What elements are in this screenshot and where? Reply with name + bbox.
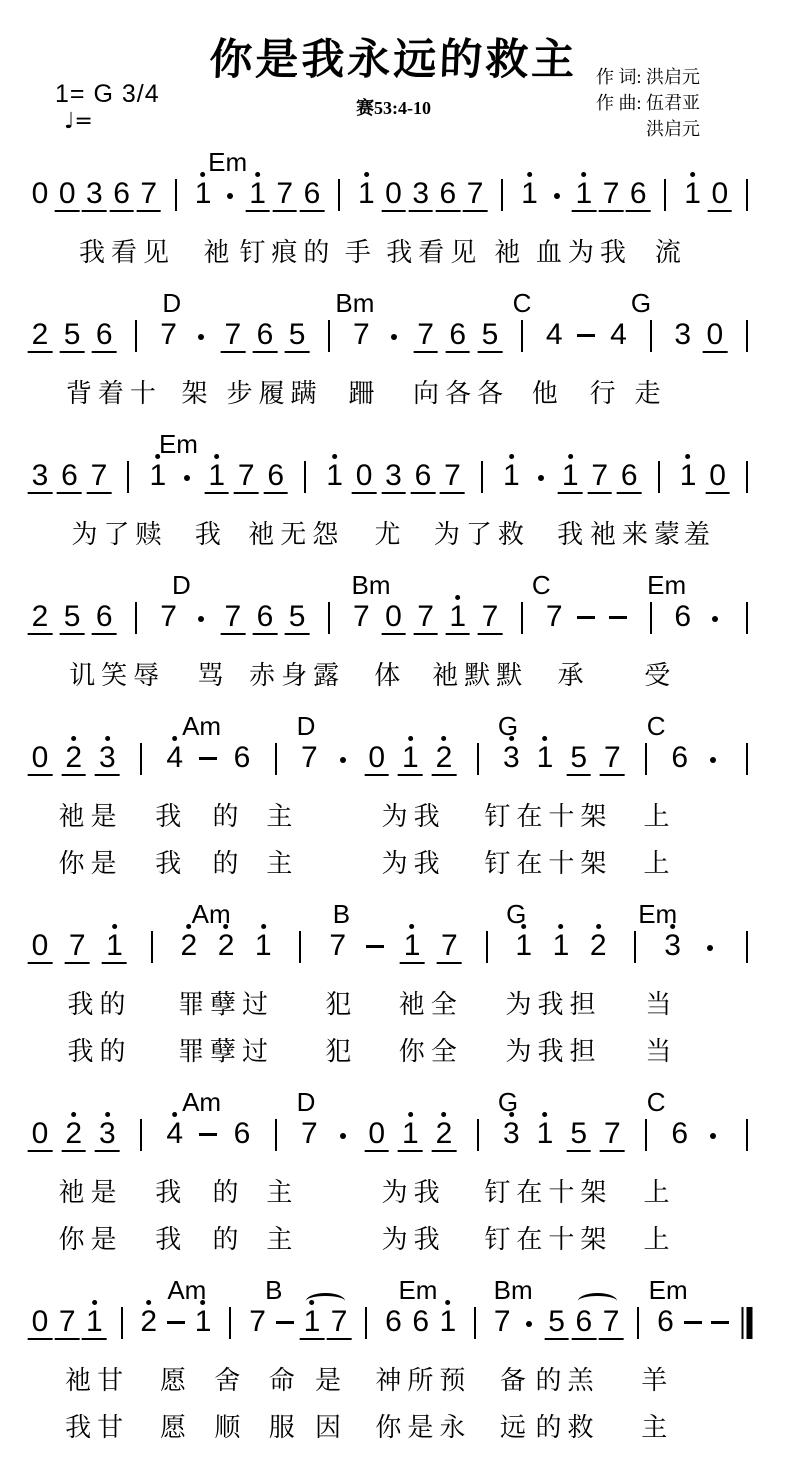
barline [121, 1307, 123, 1339]
lyric-group: 钉在十架 [484, 1219, 612, 1256]
lyric-group: 罪孽过 [178, 984, 274, 1021]
note-token: 0 [32, 930, 49, 962]
note-token: 7 [467, 178, 484, 210]
dash-note [199, 1133, 217, 1136]
lyric-row-1: 祂甘愿舍命是神所预备的羔羊 [40, 1350, 747, 1397]
note-token: 6 [257, 601, 274, 633]
lyric-group: 上 [643, 843, 675, 880]
note-token: 2 [65, 1118, 82, 1150]
note-token: 6 [234, 1118, 251, 1150]
note-token: 1 [521, 178, 538, 210]
barline [135, 602, 137, 634]
lyric-group: 我 [155, 1219, 187, 1256]
chord-label: Bm [494, 1275, 533, 1306]
barline [474, 1307, 476, 1339]
lyric-group: 祂全 [399, 984, 463, 1021]
note-token: 5 [482, 319, 499, 351]
barline [477, 1119, 479, 1151]
barline [140, 1119, 142, 1151]
lyric-group: 钉在十架 [484, 796, 612, 833]
note-token: 6 [234, 742, 251, 774]
barline [521, 602, 523, 634]
lyric-group: 的羔 [536, 1360, 600, 1397]
note-token: 2 [180, 930, 197, 962]
systems: Em00367117610367117610我看见祂钉痕的手我看见祂血为我流DB… [40, 148, 747, 1464]
barline [645, 743, 647, 775]
lyric-group: 神所预 [375, 1360, 471, 1397]
note-token: 7 [441, 930, 458, 962]
note-token: 1 [537, 1118, 554, 1150]
lyric-group: 顺 [214, 1407, 246, 1444]
barline [746, 931, 748, 963]
chord-label: C [647, 711, 666, 742]
lyric-group: 当 [645, 984, 677, 1021]
tie-arc [306, 1293, 345, 1309]
lyric-row-1: 为了赎我祂无怨尤为了救我祂来蒙羞 [40, 504, 747, 551]
lyric-group: 我 [155, 843, 187, 880]
lyric-group: 祂无怨 [248, 514, 344, 551]
note-token: 1 [86, 1306, 103, 1338]
lyric-group: 为我担 [505, 984, 601, 1021]
barline [151, 931, 153, 963]
augmentation-dot [340, 1133, 346, 1139]
note-token: 7 [353, 601, 370, 633]
note-token: 7 [224, 601, 241, 633]
augmentation-dot [554, 193, 560, 199]
lyric-group: 向各各 [413, 373, 509, 410]
lyric-group: 羞 [684, 514, 716, 551]
note-token: 6 [304, 178, 321, 210]
note-token: 1 [680, 460, 697, 492]
note-token: 0 [707, 319, 724, 351]
lyric-group: 的 [213, 1172, 245, 1209]
music-system-1: Em00367117610367117610我看见祂钉痕的手我看见祂血为我流 [40, 148, 747, 269]
lyric-group: 尤 [375, 514, 407, 551]
note-token: 3 [32, 460, 49, 492]
note-token: 7 [160, 601, 177, 633]
dash-note [276, 1321, 294, 1324]
note-token: 2 [65, 742, 82, 774]
note-token: 2 [436, 1118, 453, 1150]
chord-label: D [172, 570, 191, 601]
dash-note [167, 1321, 185, 1324]
note-token: 6 [576, 1306, 593, 1338]
chord-label: Em [647, 570, 686, 601]
lyric-row-2: 我甘愿顺服因你是永远的救主 [40, 1397, 747, 1444]
note-token: 1 [208, 460, 225, 492]
note-token: 0 [709, 460, 726, 492]
note-token: 6 [96, 319, 113, 351]
note-token: 7 [417, 319, 434, 351]
chord-label: B [333, 899, 350, 930]
lyric-group: 愿 [160, 1360, 192, 1397]
music-system-8: AmBEmBmEm0712171766175676祂甘愿舍命是神所预备的羔羊我甘… [40, 1276, 747, 1444]
note-token: 1 [503, 460, 520, 492]
note-token: 1 [449, 601, 466, 633]
note-token: 6 [61, 460, 78, 492]
barline [328, 320, 330, 352]
note-token: 6 [412, 1306, 429, 1338]
note-token: 7 [224, 319, 241, 351]
barline [664, 179, 666, 211]
barline [175, 179, 177, 211]
note-token: 0 [385, 178, 402, 210]
note-token: 2 [436, 742, 453, 774]
lyric-group: 上 [643, 796, 675, 833]
note-token: 7 [301, 742, 318, 774]
chord-label: B [265, 1275, 282, 1306]
barline [328, 602, 330, 634]
lyric-group: 为了救 [434, 514, 530, 551]
note-token: 7 [604, 742, 621, 774]
note-token: 6 [385, 1306, 402, 1338]
lyric-group: 主 [266, 843, 298, 880]
note-token: 3 [99, 1118, 116, 1150]
lyric-group: 愿 [160, 1407, 192, 1444]
note-token: 4 [546, 319, 563, 351]
barline [481, 461, 483, 493]
chord-row: DBmCEm [40, 571, 747, 601]
lyric-group: 你是 [58, 843, 122, 880]
note-token: 7 [494, 1306, 511, 1338]
lyric-group: 祂默默 [432, 655, 528, 692]
lyric-group: 体 [374, 655, 406, 692]
barline [746, 602, 748, 634]
augmentation-dot [184, 475, 190, 481]
barline [650, 320, 652, 352]
notes-row: 256776577654430 [40, 319, 747, 363]
dash-note [577, 616, 595, 619]
lyric-group: 血为我 [536, 232, 632, 269]
note-token: 7 [444, 460, 461, 492]
lyric-group: 为我 [382, 796, 446, 833]
note-token: 7 [238, 460, 255, 492]
augmentation-dot [198, 334, 204, 340]
final-barline [742, 1307, 753, 1339]
lyric-group: 我看见 [386, 232, 482, 269]
lyric-group: 背着十 [66, 373, 162, 410]
note-token: 5 [570, 1118, 587, 1150]
notes-row: 00367117610367117610 [40, 178, 747, 222]
note-token: 7 [329, 930, 346, 962]
note-token: 6 [671, 742, 688, 774]
note-token: 1 [515, 930, 532, 962]
lyric-group: 我甘 [65, 1407, 129, 1444]
note-token: 5 [64, 601, 81, 633]
lyric-group: 远 [500, 1407, 532, 1444]
note-token: 7 [417, 601, 434, 633]
note-token: 5 [289, 601, 306, 633]
lyric-group: 跚 [349, 373, 381, 410]
note-token: 1 [684, 178, 701, 210]
barline [338, 179, 340, 211]
lyric-group: 为了赎 [72, 514, 168, 551]
lyric-group: 钉在十架 [484, 843, 612, 880]
note-token: 7 [140, 178, 157, 210]
lyric-group: 的 [213, 796, 245, 833]
credits: 作 词: 洪启元 作 曲: 伍君亚 洪启元 [596, 64, 700, 142]
augmentation-dot [526, 1321, 532, 1327]
chord-label: G [631, 288, 651, 319]
chord-label: Bm [352, 570, 391, 601]
chord-label: Am [182, 1087, 221, 1118]
lyric-group: 你是 [58, 1219, 122, 1256]
chord-label: Em [398, 1275, 437, 1306]
music-system-6: AmBGEm0712217171123我的罪孽过犯祂全为我担当我的罪孽过犯你全为… [40, 900, 747, 1068]
barline [746, 320, 748, 352]
note-token: 6 [440, 178, 457, 210]
note-token: 5 [548, 1306, 565, 1338]
note-token: 6 [113, 178, 130, 210]
lyric-group: 主 [266, 796, 298, 833]
note-token: 1 [149, 460, 166, 492]
credit-line-composer: 作 曲: 伍君亚 [596, 90, 700, 116]
note-token: 0 [32, 1118, 49, 1150]
chord-row: AmDGC [40, 712, 747, 742]
lyric-group: 备 [500, 1360, 532, 1397]
barline [746, 179, 748, 211]
dash-note [609, 616, 627, 619]
credit-line-composer-2: 洪启元 [596, 116, 700, 142]
note-token: 1 [195, 1306, 212, 1338]
barline [275, 1119, 277, 1151]
note-token: 6 [449, 319, 466, 351]
lyric-group: 服 [269, 1407, 301, 1444]
barline [746, 1119, 748, 1151]
lyric-group: 我的 [68, 1031, 132, 1068]
notes-row: 367117610367117610 [40, 460, 747, 504]
note-token: 3 [664, 930, 681, 962]
note-token: 7 [603, 1306, 620, 1338]
augmentation-dot [710, 757, 716, 763]
note-token: 1 [249, 178, 266, 210]
chord-label: Bm [335, 288, 374, 319]
barline [140, 743, 142, 775]
note-token: 7 [603, 178, 620, 210]
note-token: 0 [368, 742, 385, 774]
lyric-group: 的 [213, 1219, 245, 1256]
lyric-group: 主 [266, 1172, 298, 1209]
dash-note [711, 1321, 729, 1324]
lyric-group: 你是永 [375, 1407, 471, 1444]
lyric-group: 主 [641, 1407, 673, 1444]
note-token: 1 [576, 178, 593, 210]
dash-note [684, 1321, 702, 1324]
note-token: 1 [304, 1306, 321, 1338]
note-token: 6 [96, 601, 113, 633]
lyric-group: 祂是 [58, 796, 122, 833]
note-token: 6 [671, 1118, 688, 1150]
chord-label: C [647, 1087, 666, 1118]
note-token: 6 [415, 460, 432, 492]
note-token: 2 [590, 930, 607, 962]
note-token: 0 [59, 178, 76, 210]
lyric-group: 钉在十架 [484, 1172, 612, 1209]
chord-label: Am [182, 711, 221, 742]
barline [637, 1307, 639, 1339]
note-token: 1 [440, 1306, 457, 1338]
lyric-group: 的救 [536, 1407, 600, 1444]
lyric-row-1: 祂是我的主为我钉在十架上 [40, 1162, 747, 1209]
lyric-group: 讥笑辱 [69, 655, 165, 692]
barline [365, 1307, 367, 1339]
lyric-row-1: 讥笑辱骂赤身露体祂默默承受 [40, 645, 747, 692]
note-token: 1 [402, 742, 419, 774]
note-token: 3 [86, 178, 103, 210]
lyric-group: 我 [155, 1172, 187, 1209]
barline [135, 320, 137, 352]
lyric-group: 犯 [325, 1031, 357, 1068]
credit-line-lyricist: 作 词: 洪启元 [596, 64, 700, 90]
lyric-group: 犯 [325, 984, 357, 1021]
note-token: 7 [331, 1306, 348, 1338]
lyric-group: 手 [345, 232, 377, 269]
lyric-group: 的 [213, 843, 245, 880]
note-token: 6 [267, 460, 284, 492]
lyric-group: 上 [643, 1219, 675, 1256]
lyric-group: 行 [590, 373, 622, 410]
note-token: 1 [402, 1118, 419, 1150]
note-token: 3 [99, 742, 116, 774]
dash-note [577, 334, 595, 337]
note-token: 3 [674, 319, 691, 351]
notes-row: 02346701231576 [40, 1118, 747, 1162]
lyric-group: 我 [155, 796, 187, 833]
lyric-group: 我看见 [79, 232, 175, 269]
song-sheet: 你是我永远的救主 1= G 3/4 ♩= 赛53:4-10 作 词: 洪启元 作… [0, 0, 787, 1479]
note-token: 3 [412, 178, 429, 210]
chord-label: Em [649, 1275, 688, 1306]
barline [477, 743, 479, 775]
note-token: 7 [604, 1118, 621, 1150]
note-token: 1 [537, 742, 554, 774]
lyric-group: 祂 [203, 232, 235, 269]
note-token: 7 [482, 601, 499, 633]
note-token: 7 [69, 930, 86, 962]
lyric-group: 承 [557, 655, 589, 692]
lyric-group: 因 [315, 1407, 347, 1444]
barline [650, 602, 652, 634]
note-token: 7 [591, 460, 608, 492]
augmentation-dot [712, 616, 718, 622]
notes-row: 02346701231576 [40, 742, 747, 786]
lyric-group: 受 [644, 655, 676, 692]
note-token: 5 [289, 319, 306, 351]
dash-note [366, 945, 384, 948]
barline [275, 743, 277, 775]
chord-label: C [532, 570, 551, 601]
music-system-2: DBmCG256776577654430背着十架步履蹒跚向各各他行走 [40, 289, 747, 410]
note-token: 4 [610, 319, 627, 351]
music-system-7: AmDGC02346701231576祂是我的主为我钉在十架上你是我的主为我钉在… [40, 1088, 747, 1256]
barline [658, 461, 660, 493]
barline [304, 461, 306, 493]
lyric-group: 命 [269, 1360, 301, 1397]
tie-arc [578, 1293, 617, 1309]
note-token: 2 [218, 930, 235, 962]
note-token: 1 [404, 930, 421, 962]
lyric-group: 你全 [399, 1031, 463, 1068]
lyric-group: 祂 [494, 232, 526, 269]
augmentation-dot [710, 1133, 716, 1139]
chord-row: Em [40, 430, 747, 460]
note-token: 1 [255, 930, 272, 962]
chord-row: AmBGEm [40, 900, 747, 930]
note-token: 7 [276, 178, 293, 210]
chord-label: Em [159, 429, 198, 460]
lyric-group: 主 [266, 1219, 298, 1256]
note-token: 5 [64, 319, 81, 351]
augmentation-dot [391, 334, 397, 340]
lyric-group: 舍 [214, 1360, 246, 1397]
barline [486, 931, 488, 963]
lyric-row-2: 你是我的主为我钉在十架上 [40, 833, 747, 880]
note-token: 3 [503, 1118, 520, 1150]
note-token: 0 [711, 178, 728, 210]
note-token: 0 [368, 1118, 385, 1150]
lyric-group: 走 [635, 373, 667, 410]
augmentation-dot [227, 193, 233, 199]
augmentation-dot [707, 945, 713, 951]
note-token: 1 [358, 178, 375, 210]
note-token: 1 [106, 930, 123, 962]
note-token: 7 [59, 1306, 76, 1338]
note-token: 3 [385, 460, 402, 492]
lyric-row-2: 我的罪孽过犯你全为我担当 [40, 1021, 747, 1068]
note-token: 4 [166, 742, 183, 774]
chord-row: Em [40, 148, 747, 178]
lyric-group: 我的 [68, 984, 132, 1021]
note-token: 3 [503, 742, 520, 774]
lyric-group: 架 [181, 373, 213, 410]
lyric-group: 羊 [641, 1360, 673, 1397]
lyric-group: 流 [655, 232, 687, 269]
note-token: 7 [91, 460, 108, 492]
chord-row: DBmCG [40, 289, 747, 319]
lyric-group: 步履蹒 [227, 373, 323, 410]
note-token: 7 [301, 1118, 318, 1150]
notes-row: 0712217171123 [40, 930, 747, 974]
lyric-row-1: 我看见祂钉痕的手我看见祂血为我流 [40, 222, 747, 269]
chord-label: D [162, 288, 181, 319]
note-token: 0 [32, 178, 49, 210]
lyric-group: 罪孽过 [178, 1031, 274, 1068]
note-token: 6 [257, 319, 274, 351]
note-token: 7 [353, 319, 370, 351]
note-token: 6 [630, 178, 647, 210]
lyric-group: 我 [557, 514, 589, 551]
note-token: 1 [195, 178, 212, 210]
augmentation-dot [538, 475, 544, 481]
lyric-row-1: 祂是我的主为我钉在十架上 [40, 786, 747, 833]
music-system-4: DBmCEm25677657071776讥笑辱骂赤身露体祂默默承受 [40, 571, 747, 692]
barline [634, 931, 636, 963]
lyric-group: 当 [645, 1031, 677, 1068]
note-token: 2 [32, 601, 49, 633]
note-token: 0 [356, 460, 373, 492]
chord-row: AmDGC [40, 1088, 747, 1118]
lyric-group: 我 [195, 514, 227, 551]
note-token: 6 [674, 601, 691, 633]
lyric-group: 祂甘 [65, 1360, 129, 1397]
chord-label: D [297, 711, 316, 742]
lyric-group: 为我 [382, 1219, 446, 1256]
note-token: 7 [546, 601, 563, 633]
lyric-group: 为我 [382, 843, 446, 880]
note-token: 7 [249, 1306, 266, 1338]
lyric-group: 上 [643, 1172, 675, 1209]
dash-note [199, 757, 217, 760]
